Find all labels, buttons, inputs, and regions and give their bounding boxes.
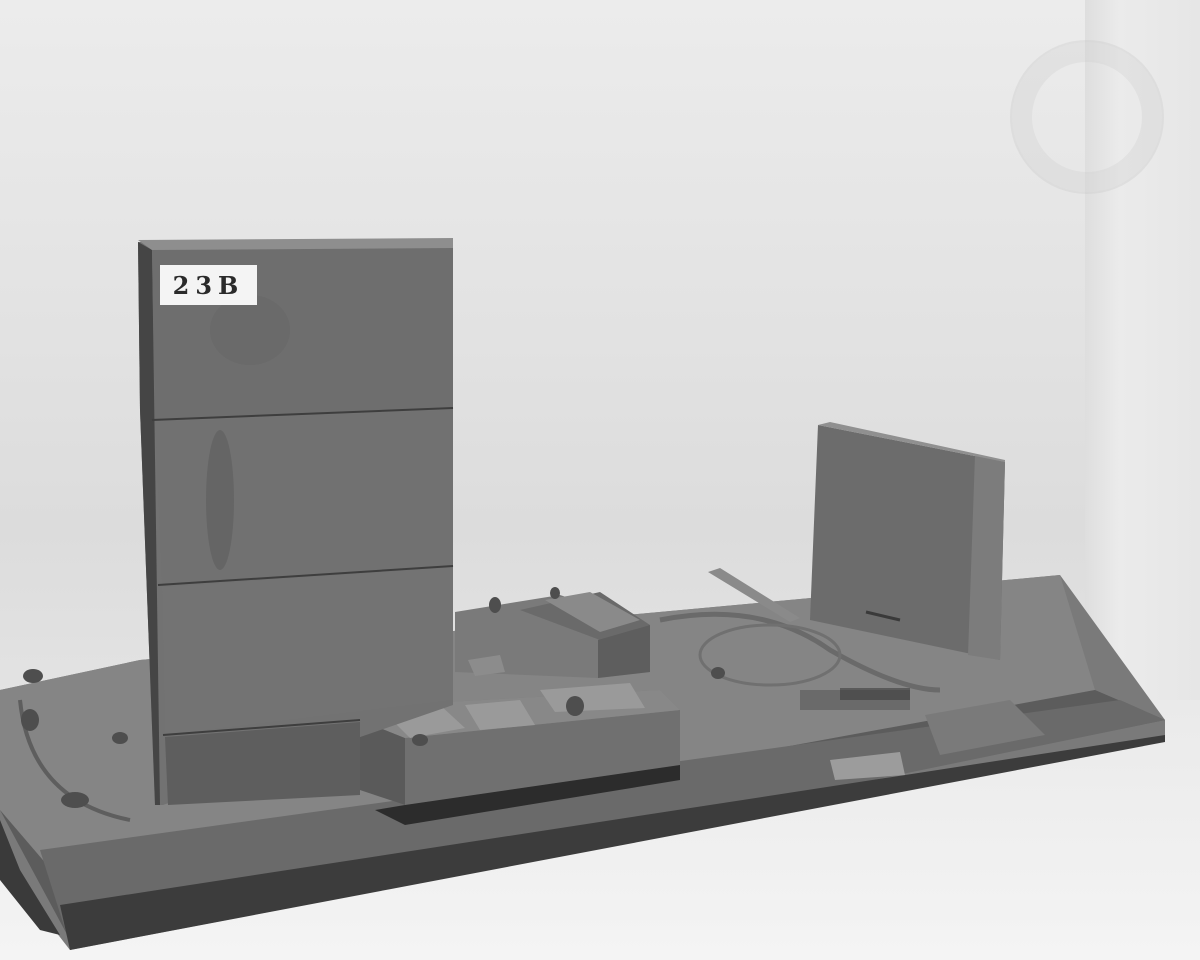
architectural-model	[0, 0, 1200, 960]
photograph: 23B	[0, 0, 1200, 960]
tower-building	[138, 238, 453, 805]
model-number-label: 23B	[160, 265, 257, 305]
right-slab-building	[810, 422, 1005, 660]
model-number-text: 23B	[173, 271, 245, 300]
